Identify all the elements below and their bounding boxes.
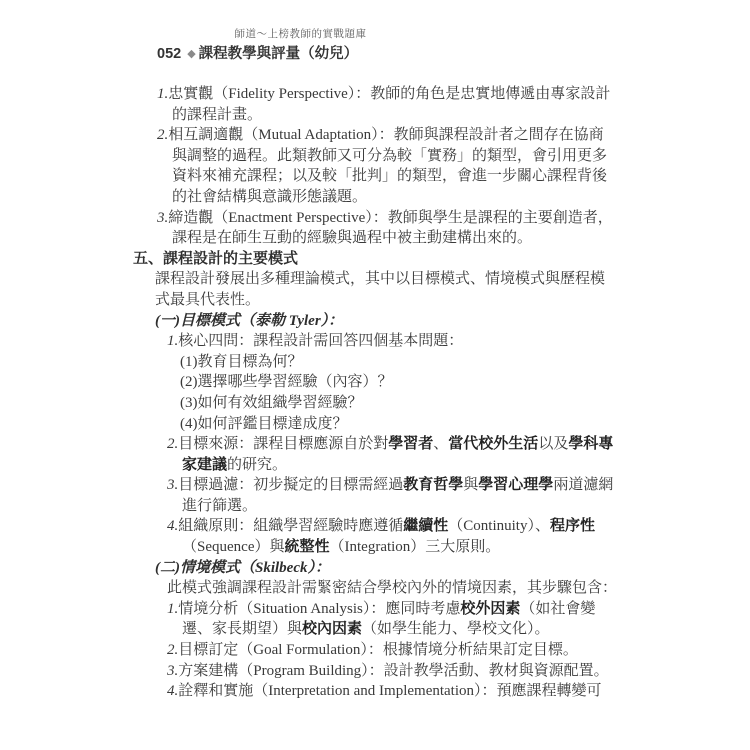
item-number: 3. [167,663,178,679]
list-item: 4.詮釋和實施（Interpretation and Implementatio… [167,681,619,702]
list-item: 1.核心四問：課程設計需回答四個基本問題： (1)教育目標為何？ (2)選擇哪些… [167,331,619,434]
section-intro: 課程設計發展出多種理論模式，其中以目標模式、情境模式與歷程模式最具代表性。 [155,269,617,310]
book-page: 師道～上榜教師的實戰題庫 052◆課程教學與評量（幼兒） 1.忠實觀（Fidel… [0,0,750,750]
teacher-perspectives-list: 1.忠實觀（Fidelity Perspective）：教師的角色是忠實地傳遞由… [157,84,615,249]
sub-list-item: (2)選擇哪些學習經驗（內容）？ [180,372,619,393]
item-number: 1. [167,601,178,617]
item-text: 方案建構（Program Building）：設計教學活動、教材與資源配置。 [178,663,608,679]
objectives-model-heading: (一)目標模式（泰勒 Tyler）： [155,311,750,332]
list-item: 4.組織原則：組織學習經驗時應遵循繼續性（Continuity）、程序性（Seq… [167,516,619,557]
item-number: 2. [167,436,178,452]
chapter-header: 052◆課程教學與評量（幼兒） [157,42,358,63]
situation-model-list: 1.情境分析（Situation Analysis）：應同時考慮校外因素（如社會… [167,599,619,702]
chapter-title: 課程教學與評量（幼兒） [199,46,359,62]
item-number: 2. [157,127,168,143]
item-text: 詮釋和實施（Interpretation and Implementation）… [178,683,601,699]
list-item: 3.方案建構（Program Building）：設計教學活動、教材與資源配置。 [167,661,619,682]
sub-list-item: (4)如何評鑑目標達成度？ [180,414,619,435]
situation-model-intro: 此模式強調課程設計需緊密結合學校內外的情境因素，其步驟包含： [167,578,617,599]
item-number: 1. [157,86,168,102]
item-number: 1. [167,333,178,349]
diamond-icon: ◆ [187,48,195,60]
list-item: 2.目標來源：課程目標應源自於對學習者、當代校外生活以及學科專家建議的研究。 [167,434,619,475]
list-item: 3.締造觀（Enactment Perspective）：教師與學生是課程的主要… [157,208,615,249]
list-item: 1.忠實觀（Fidelity Perspective）：教師的角色是忠實地傳遞由… [157,84,615,125]
item-text: 目標訂定（Goal Formulation）：根據情境分析結果訂定目標。 [178,642,578,658]
sub-list-item: (3)如何有效組織學習經驗？ [180,393,619,414]
item-text: 締造觀（Enactment Perspective）：教師與學生是課程的主要創造… [168,210,613,247]
item-number: 3. [167,477,178,493]
item-text: 情境分析（Situation Analysis）：應同時考慮校外因素（如社會變遷… [178,601,595,638]
objectives-model-list: 1.核心四問：課程設計需回答四個基本問題： (1)教育目標為何？ (2)選擇哪些… [167,331,619,558]
item-text: 相互調適觀（Mutual Adaptation）：教師與課程設計者之間存在協商與… [168,127,607,205]
item-text: 目標過濾：初步擬定的目標需經過教育哲學與學習心理學兩道濾網進行篩選。 [178,477,613,514]
page-body: 1.忠實觀（Fidelity Perspective）：教師的角色是忠實地傳遞由… [0,84,750,702]
series-title: 師道～上榜教師的實戰題庫 [228,26,373,41]
item-text: 核心四問：課程設計需回答四個基本問題： [178,333,463,349]
item-text: 目標來源：課程目標應源自於對學習者、當代校外生活以及學科專家建議的研究。 [178,436,613,473]
item-number: 4. [167,683,178,699]
item-number: 4. [167,518,178,534]
item-text: 忠實觀（Fidelity Perspective）：教師的角色是忠實地傳遞由專家… [168,86,610,123]
list-item: 3.目標過濾：初步擬定的目標需經過教育哲學與學習心理學兩道濾網進行篩選。 [167,475,619,516]
list-item: 2.相互調適觀（Mutual Adaptation）：教師與課程設計者之間存在協… [157,125,615,207]
item-text: 組織原則：組織學習經驗時應遵循繼續性（Continuity）、程序性（Seque… [178,518,595,555]
item-number: 3. [157,210,168,226]
four-questions-list: (1)教育目標為何？ (2)選擇哪些學習經驗（內容）？ (3)如何有效組織學習經… [180,352,619,434]
sub-list-item: (1)教育目標為何？ [180,352,619,373]
list-item: 1.情境分析（Situation Analysis）：應同時考慮校外因素（如社會… [167,599,619,640]
item-number: 2. [167,642,178,658]
section-heading: 五、課程設計的主要模式 [133,249,750,270]
page-number: 052 [157,46,181,62]
list-item: 2.目標訂定（Goal Formulation）：根據情境分析結果訂定目標。 [167,640,619,661]
situation-model-heading: (二)情境模式（Skilbeck）： [155,558,750,579]
